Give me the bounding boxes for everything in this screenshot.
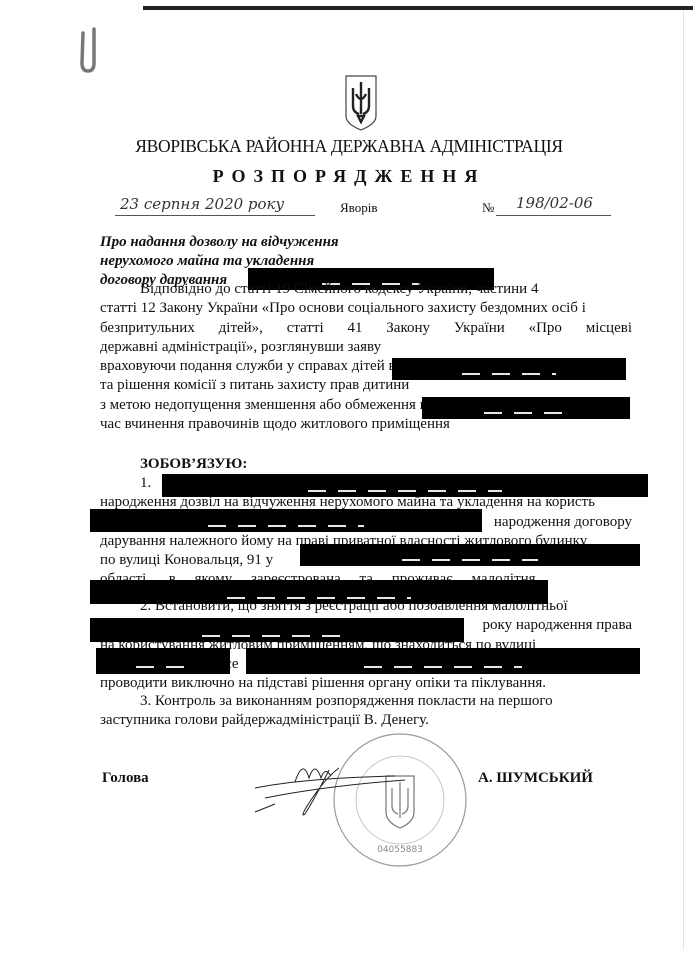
redaction xyxy=(300,544,640,566)
signatory-name: А. ШУМСЬКИЙ xyxy=(478,770,593,787)
redaction xyxy=(90,618,464,642)
redaction xyxy=(162,474,648,497)
redaction xyxy=(96,648,230,674)
document-type-title: РОЗПОРЯДЖЕННЯ xyxy=(0,166,698,187)
document-number: 198/02-06 xyxy=(516,194,593,212)
handwritten-signature xyxy=(245,748,415,818)
number-label: № xyxy=(482,200,494,216)
obligate-heading: ЗОБОВ’ЯЗУЮ: xyxy=(140,455,672,474)
ukraine-coat-of-arms-icon xyxy=(344,74,378,132)
document-date: 23 серпня 2020 року xyxy=(120,195,284,213)
item-3: 3. Контроль за виконанням розпорядження … xyxy=(100,692,632,731)
redaction xyxy=(422,397,630,419)
scan-top-edge xyxy=(143,6,693,10)
item-2: 2. Встановити, що зняття з реєстрації аб… xyxy=(100,597,632,693)
redaction xyxy=(246,648,640,674)
signatory-title: Голова xyxy=(102,770,149,787)
redaction xyxy=(90,509,482,532)
document-city: Яворів xyxy=(340,200,377,216)
svg-text:04055883: 04055883 xyxy=(377,845,423,855)
organization-name: ЯВОРІВСЬКА РАЙОННА ДЕРЖАВНА АДМІНІСТРАЦІ… xyxy=(0,136,698,157)
paperclip-icon xyxy=(78,25,100,73)
redaction xyxy=(392,358,626,380)
